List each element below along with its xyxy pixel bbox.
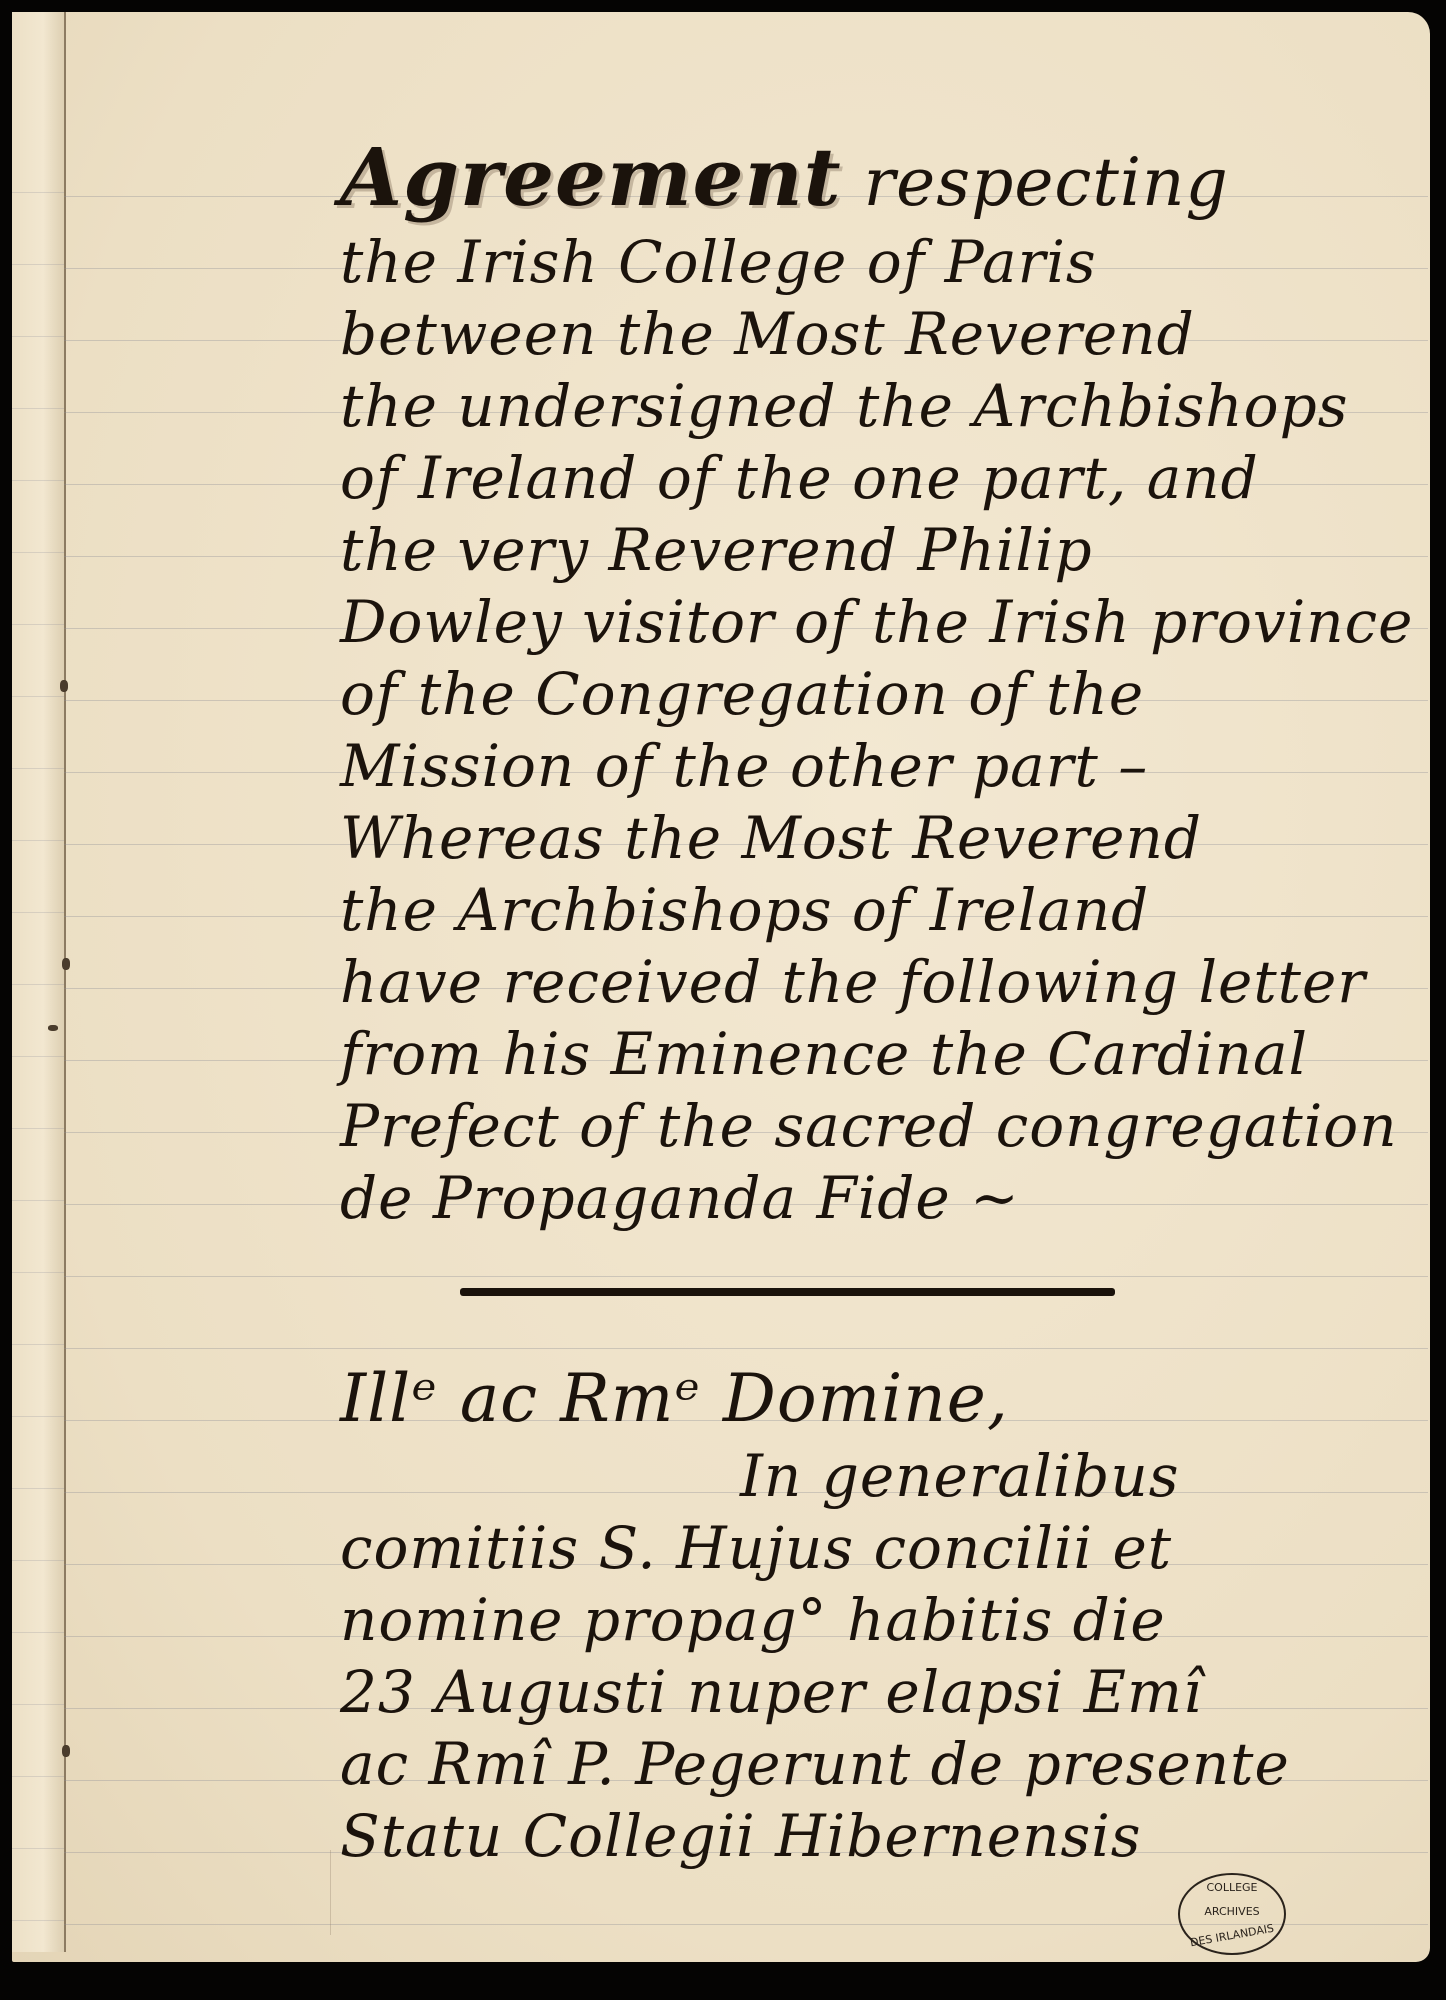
text-line: nomine propag° habitis die [340, 1586, 1166, 1654]
text-line: ac Rmî P. Pegerunt de presente [340, 1730, 1290, 1798]
text-line: Whereas the Most Reverend [340, 804, 1202, 872]
text-line: the Irish College of Paris [340, 228, 1097, 296]
spine-rule-line [12, 1200, 64, 1201]
stitch-mark [62, 958, 70, 970]
spine-rule-line [12, 840, 64, 841]
text-line: from his Eminence the Cardinal [340, 1020, 1308, 1088]
spine-rule-line [12, 1416, 64, 1417]
spine-rule-line [12, 1344, 64, 1345]
title-line: Agreement respecting [340, 130, 1229, 224]
archive-stamp: COLLEGE ARCHIVES DES IRLANDAIS [1178, 1873, 1286, 1955]
stitch-mark [62, 1745, 70, 1757]
spine-rule-line [12, 1272, 64, 1273]
spine-rule-line [12, 1848, 64, 1849]
text-line: 23 Augusti nuper elapsi Emî [340, 1658, 1203, 1726]
spine-rule-line [12, 1560, 64, 1561]
rule-line [64, 1276, 1428, 1277]
notebook-spine-fold [12, 12, 66, 1952]
stitch-mark [60, 680, 68, 692]
salutation-line: Illᵉ ac Rmᵉ Domine, [340, 1360, 1009, 1437]
spine-rule-line [12, 552, 64, 553]
spine-rule-line [12, 624, 64, 625]
spine-rule-line [12, 1128, 64, 1129]
rule-line [64, 1348, 1428, 1349]
text-line: have received the following letter [340, 948, 1366, 1016]
text-line: Prefect of the sacred congregation [340, 1092, 1398, 1160]
text-line: comitiis S. Hujus concilii et [340, 1514, 1172, 1582]
text-line: of Ireland of the one part, and [340, 444, 1259, 512]
title-word: Agreement [340, 130, 842, 224]
text-line: the undersigned the Archbishops [340, 372, 1348, 440]
spine-rule-line [12, 696, 64, 697]
spine-rule-line [12, 768, 64, 769]
text-line: the very Reverend Philip [340, 516, 1093, 584]
spine-rule-line [12, 1704, 64, 1705]
margin-line [330, 1850, 331, 1935]
stitch-mark [48, 1025, 58, 1031]
spine-rule-line [12, 192, 64, 193]
stamp-text-middle: ARCHIVES [1180, 1905, 1284, 1918]
spine-rule-line [12, 336, 64, 337]
spine-rule-line [12, 264, 64, 265]
text-line: Mission of the other part – [340, 732, 1148, 800]
text-line: Statu Collegii Hibernensis [340, 1802, 1142, 1870]
spine-rule-line [12, 984, 64, 985]
text-line: In generalibus [740, 1442, 1179, 1510]
text-line: between the Most Reverend [340, 300, 1195, 368]
text-line: Dowley visitor of the Irish province [340, 588, 1413, 656]
spine-rule-line [12, 912, 64, 913]
spine-rule-line [12, 1488, 64, 1489]
spine-rule-line [12, 1920, 64, 1921]
text-line: of the Congregation of the [340, 660, 1144, 728]
spine-rule-line [12, 1056, 64, 1057]
spine-rule-line [12, 480, 64, 481]
spine-rule-line [12, 1776, 64, 1777]
stamp-text-top: COLLEGE [1180, 1881, 1284, 1894]
text-line: the Archbishops of Ireland [340, 876, 1149, 944]
section-divider [460, 1288, 1115, 1296]
text-line: de Propaganda Fide ~ [340, 1164, 1020, 1232]
spine-rule-line [12, 408, 64, 409]
spine-rule-line [12, 1632, 64, 1633]
